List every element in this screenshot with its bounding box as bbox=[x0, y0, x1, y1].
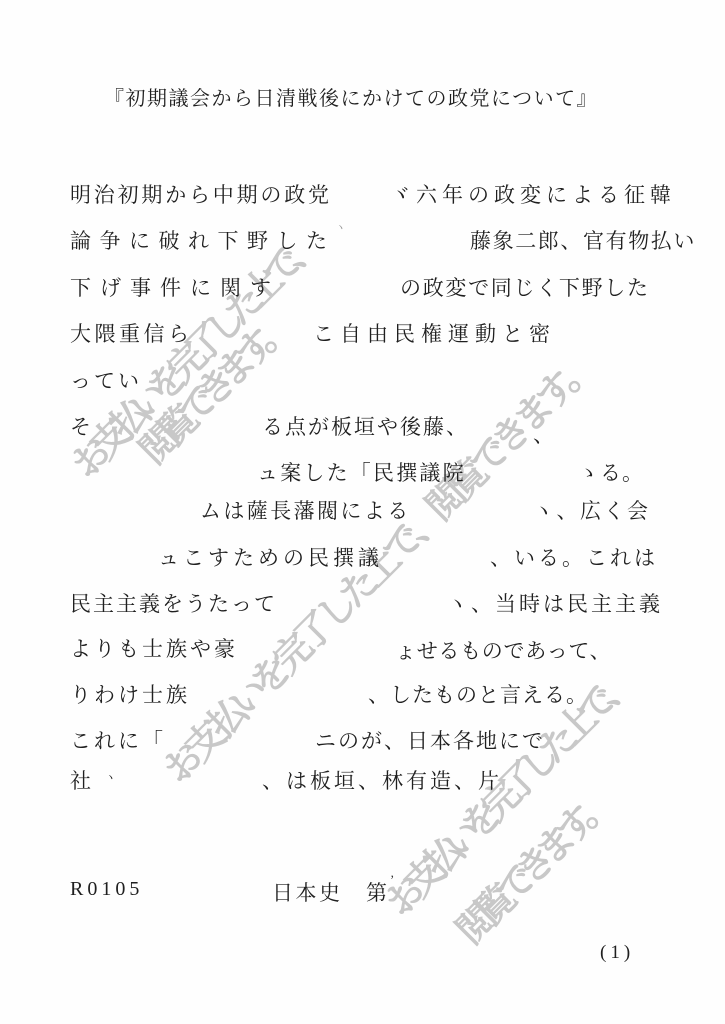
text-run: 、いる。これは bbox=[490, 547, 658, 569]
text-run: 明治初期から中期の政党 bbox=[70, 184, 332, 206]
text-run: 論争に破れ下野した bbox=[70, 230, 336, 252]
text-run: ってい bbox=[70, 370, 142, 392]
text-run: ムは薩長藩閥による bbox=[200, 500, 411, 522]
text-run: る点が板垣や後藤、 bbox=[262, 416, 469, 438]
text-run: 下げ事件に関す bbox=[70, 277, 280, 299]
text-run: 、は板垣、林有造、片 bbox=[262, 770, 502, 792]
document-page: お支払いを完了した上で、閲覧できます。お支払いを完了した上で、閲覧できます。お支… bbox=[0, 0, 725, 1024]
text-run: ヽ bbox=[335, 222, 346, 234]
text-run: の政変で同じく下野した bbox=[400, 277, 650, 299]
text-run: ヾ六年の政変による征韓 bbox=[390, 184, 676, 206]
text-run: りわけ士族 bbox=[70, 684, 190, 706]
text-run: こ自由民権運動と密 bbox=[313, 323, 556, 345]
text-run: 藤象二郎、官有物払い bbox=[470, 230, 696, 252]
text-run: 、 bbox=[533, 424, 554, 446]
text-run: よりも士族や豪 bbox=[70, 638, 238, 660]
paywall-watermark-text: 閲覧できます。 bbox=[450, 787, 613, 950]
text-run: そ bbox=[70, 416, 91, 438]
text-run: ニのが、日本各地にで bbox=[315, 730, 545, 752]
text-run: ヽ、当時は民主主義 bbox=[447, 593, 663, 615]
text-run: 社 bbox=[70, 770, 91, 792]
text-run: ヽ bbox=[105, 772, 116, 784]
text-run: 民主主義をうたって bbox=[70, 593, 277, 615]
page-title: 『初期議会から日清戦後にかけての政党について』 bbox=[104, 88, 598, 110]
text-run: ょせるものであって、 bbox=[395, 640, 611, 662]
text-run: ュ案した「民撰議院 bbox=[257, 462, 466, 484]
text-run: ヽ、広く会 bbox=[533, 500, 651, 522]
page-number: (1) bbox=[600, 942, 634, 964]
text-run: ゝる。 bbox=[578, 462, 644, 484]
text-run: これに「 bbox=[70, 730, 166, 752]
footer-subject-fragment: ’ bbox=[390, 872, 394, 888]
footer-subject: 日本史 第 bbox=[272, 877, 390, 907]
text-run: 、したものと言える。 bbox=[368, 684, 588, 706]
paywall-watermark-text: お支払いを完了した上で、 bbox=[65, 229, 320, 484]
text-run: ュこすための民撰議 bbox=[158, 547, 383, 569]
footer-doc-id: R0105 bbox=[70, 878, 143, 901]
text-run: 大隈重信ら bbox=[70, 323, 193, 345]
